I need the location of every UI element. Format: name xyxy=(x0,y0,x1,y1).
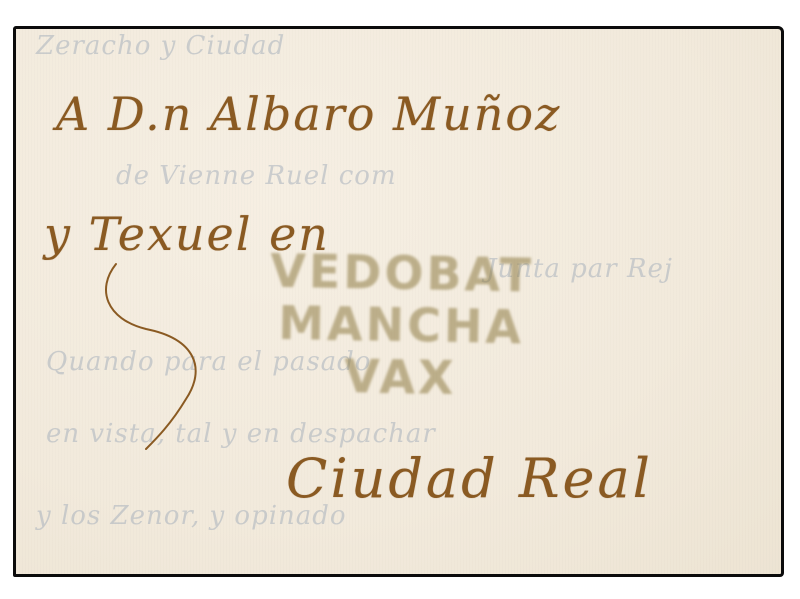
address-line-city: Ciudad Real xyxy=(286,447,653,510)
address-line-recipient: A D.n Albaro Muñoz xyxy=(56,87,561,141)
postmark-stamp: VEDOBAT MANCHA VAX xyxy=(234,244,567,425)
address-line-surname: y Texuel en xyxy=(44,207,330,261)
letter-sheet: Zeracho y Ciudad de Vienne Ruel com Junt… xyxy=(13,26,784,577)
ink-flourish-icon xyxy=(86,259,226,459)
bleed-through-text: Zeracho y Ciudad xyxy=(36,31,285,61)
postmark-line: VAX xyxy=(235,348,566,406)
bleed-through-text: de Vienne Ruel com xyxy=(116,161,397,191)
postmark-line: MANCHA xyxy=(236,296,567,354)
